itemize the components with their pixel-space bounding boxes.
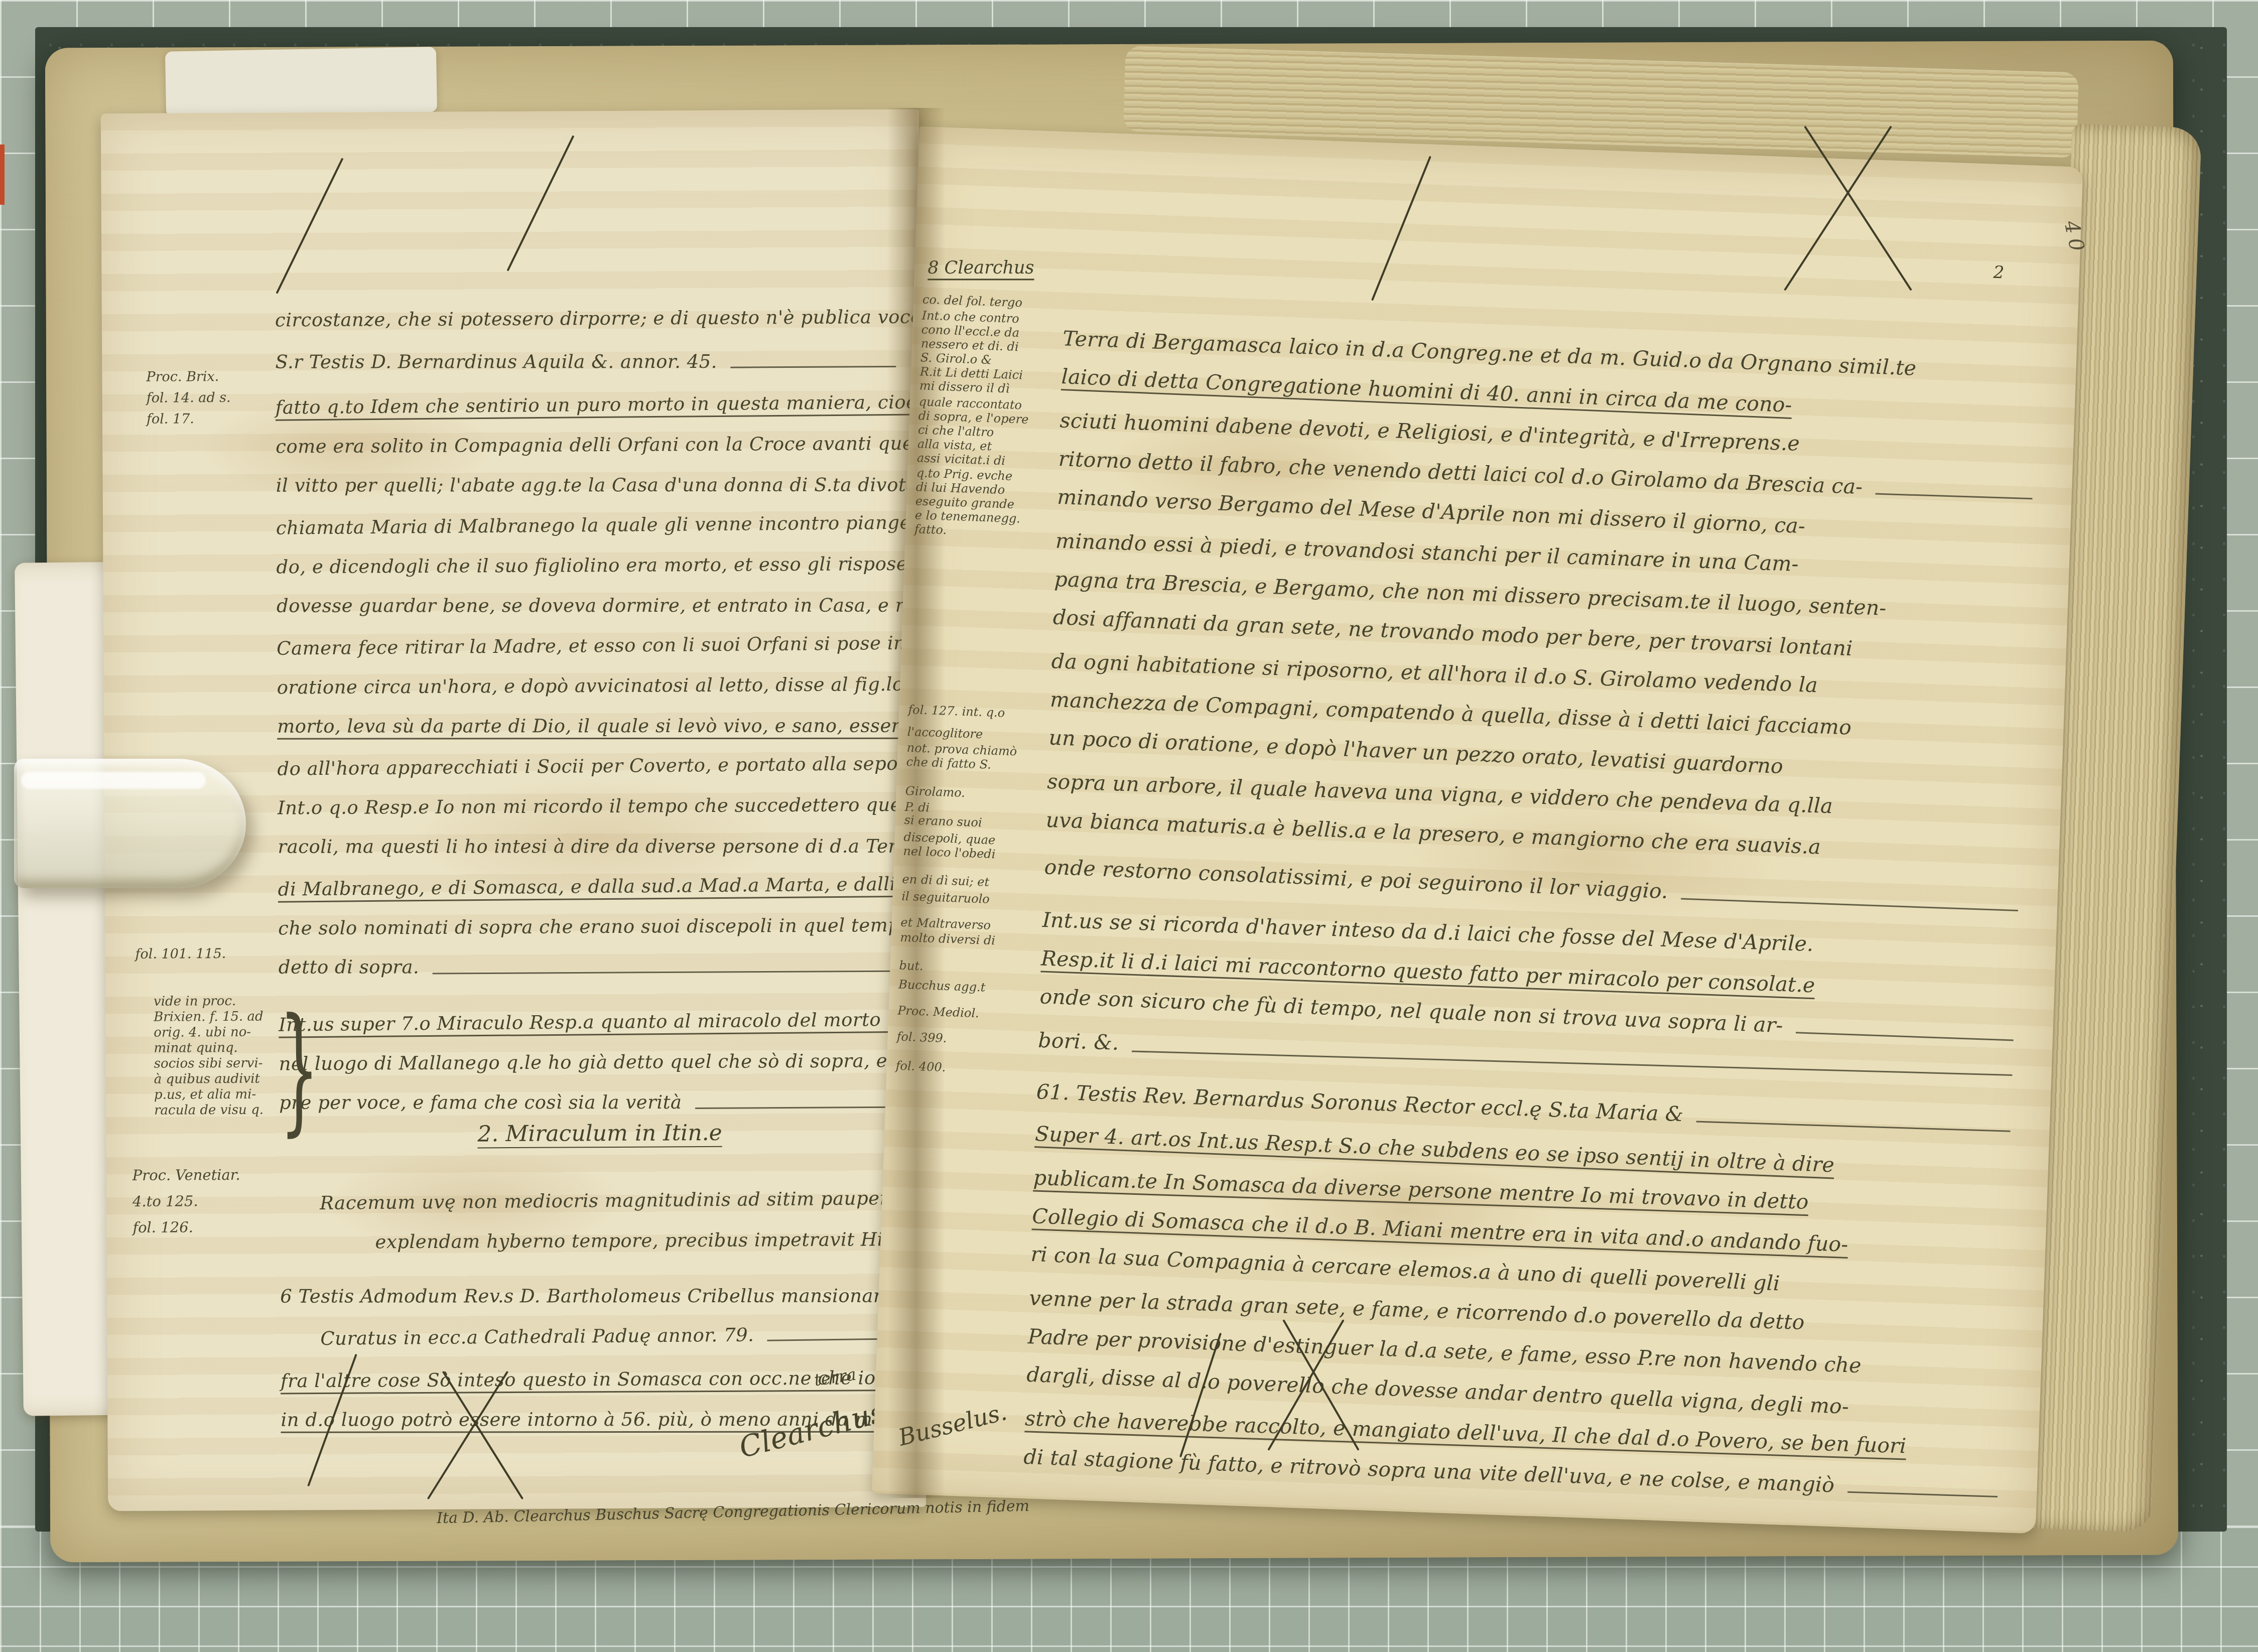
margin-note: Proc. Brix.: [146, 366, 230, 388]
manuscript-line: Int.us super 7.o Miraculo Resp.a quanto …: [279, 1009, 909, 1054]
manuscript-line: do, e dicendogli che il suo figliolino e…: [276, 553, 906, 597]
flourish-rule: [1796, 1032, 2014, 1041]
manuscript-line: detto di sopra.: [279, 956, 908, 997]
left-margin-bottom-references: Proc. Venetiar.4.to 125.fol. 126.: [132, 1162, 241, 1241]
margin-note: 4.to 125.: [132, 1188, 240, 1214]
manuscript-line: racoli, ma questi li ho intesi à dire da…: [278, 836, 907, 876]
margin-note: fol. 17.: [147, 408, 231, 430]
flourish-rule: [730, 366, 896, 368]
folio-number: 2: [1993, 262, 2005, 283]
margin-note: fol. 14. ad s.: [147, 387, 231, 409]
manuscript-line: 6 Testis Admodum Rev.s D. Bartholomeus C…: [280, 1285, 910, 1326]
left-margin-references: Proc. Brix.fol. 14. ad s.fol. 17.: [146, 366, 231, 430]
glass-weight: [14, 759, 246, 888]
manuscript-line: che solo nominati di sopra che erano suo…: [278, 914, 908, 958]
red-edge-tab: [0, 145, 5, 205]
manuscript-line: morto, leva sù da parte di Dio, il quale…: [277, 715, 907, 756]
left-page-text: circostanze, che si potessero dirporre; …: [275, 306, 911, 1451]
right-page-text: Terra di Bergamasca laico in d.a Congreg…: [1023, 326, 2046, 1519]
margin-brace: }: [279, 988, 320, 1149]
section-heading: 2. Miraculum in Itin.e: [477, 1120, 722, 1147]
manuscript-line: circostanze, che si potessero dirporre; …: [275, 306, 905, 350]
manuscript-line: Int.o q.o Resp.e Io non mi ricordo il te…: [278, 794, 907, 838]
right-page: 8 Clearchus 2 co. del fol. tergoInt.o ch…: [872, 126, 2083, 1534]
manuscript-line: dovesse guardar bene, se doveva dormire,…: [277, 595, 906, 635]
manuscript-line: chiamata Maria di Malbranego la quale gl…: [276, 512, 906, 558]
tissue-paper-top: [165, 47, 437, 116]
manuscript-photo: 40 Proc. Brix.fol. 14. ad s.fol. 17. fol…: [0, 0, 2258, 1652]
flourish-rule: [1847, 1491, 1998, 1497]
manuscript-line: Curatus in ecc.a Cathedrali Paduę annor.…: [280, 1323, 910, 1368]
flourish-rule: [695, 1107, 900, 1109]
flourish-rule: [432, 971, 899, 975]
flourish-rule: [1132, 1050, 2013, 1075]
flourish-rule: [1696, 1121, 2011, 1132]
manuscript-line: explendam hyberno tempore, precibus impe…: [280, 1228, 909, 1272]
flourish-rule: [1681, 898, 2018, 911]
flourish-rule: [1876, 493, 2033, 500]
manuscript-line: come era solito in Compagnia delli Orfan…: [276, 433, 905, 476]
manuscript-line: Racemum uvę non mediocris magnitudinis a…: [280, 1187, 910, 1233]
left-margin-folio: fol. 101. 115.: [135, 946, 226, 962]
margin-note: fol. 126.: [132, 1214, 240, 1241]
manuscript-line: fatto q.to Idem che sentirio un puro mor…: [276, 391, 906, 437]
manuscript-line: il vitto per quelli; l'abate agg.te la C…: [276, 474, 906, 515]
manuscript-line: do all'hora apparecchiati i Socii per Co…: [277, 753, 907, 798]
manuscript-line: di Malbranego, e di Somasca, e dalla sud…: [278, 873, 908, 919]
manuscript-line: Camera fece ritirar la Madre, et esso co…: [277, 632, 907, 678]
book-gutter-shadow: [887, 108, 945, 1498]
manuscript-line: oratione circa un'hora, e dopò avvicinat…: [277, 673, 907, 717]
manuscript-line: nel luogo di Mallanego q.le ho già detto…: [279, 1050, 909, 1093]
manuscript-line: S.r Testis D. Bernardinus Aquila &. anno…: [275, 351, 905, 391]
margin-note: Proc. Venetiar.: [132, 1162, 240, 1188]
